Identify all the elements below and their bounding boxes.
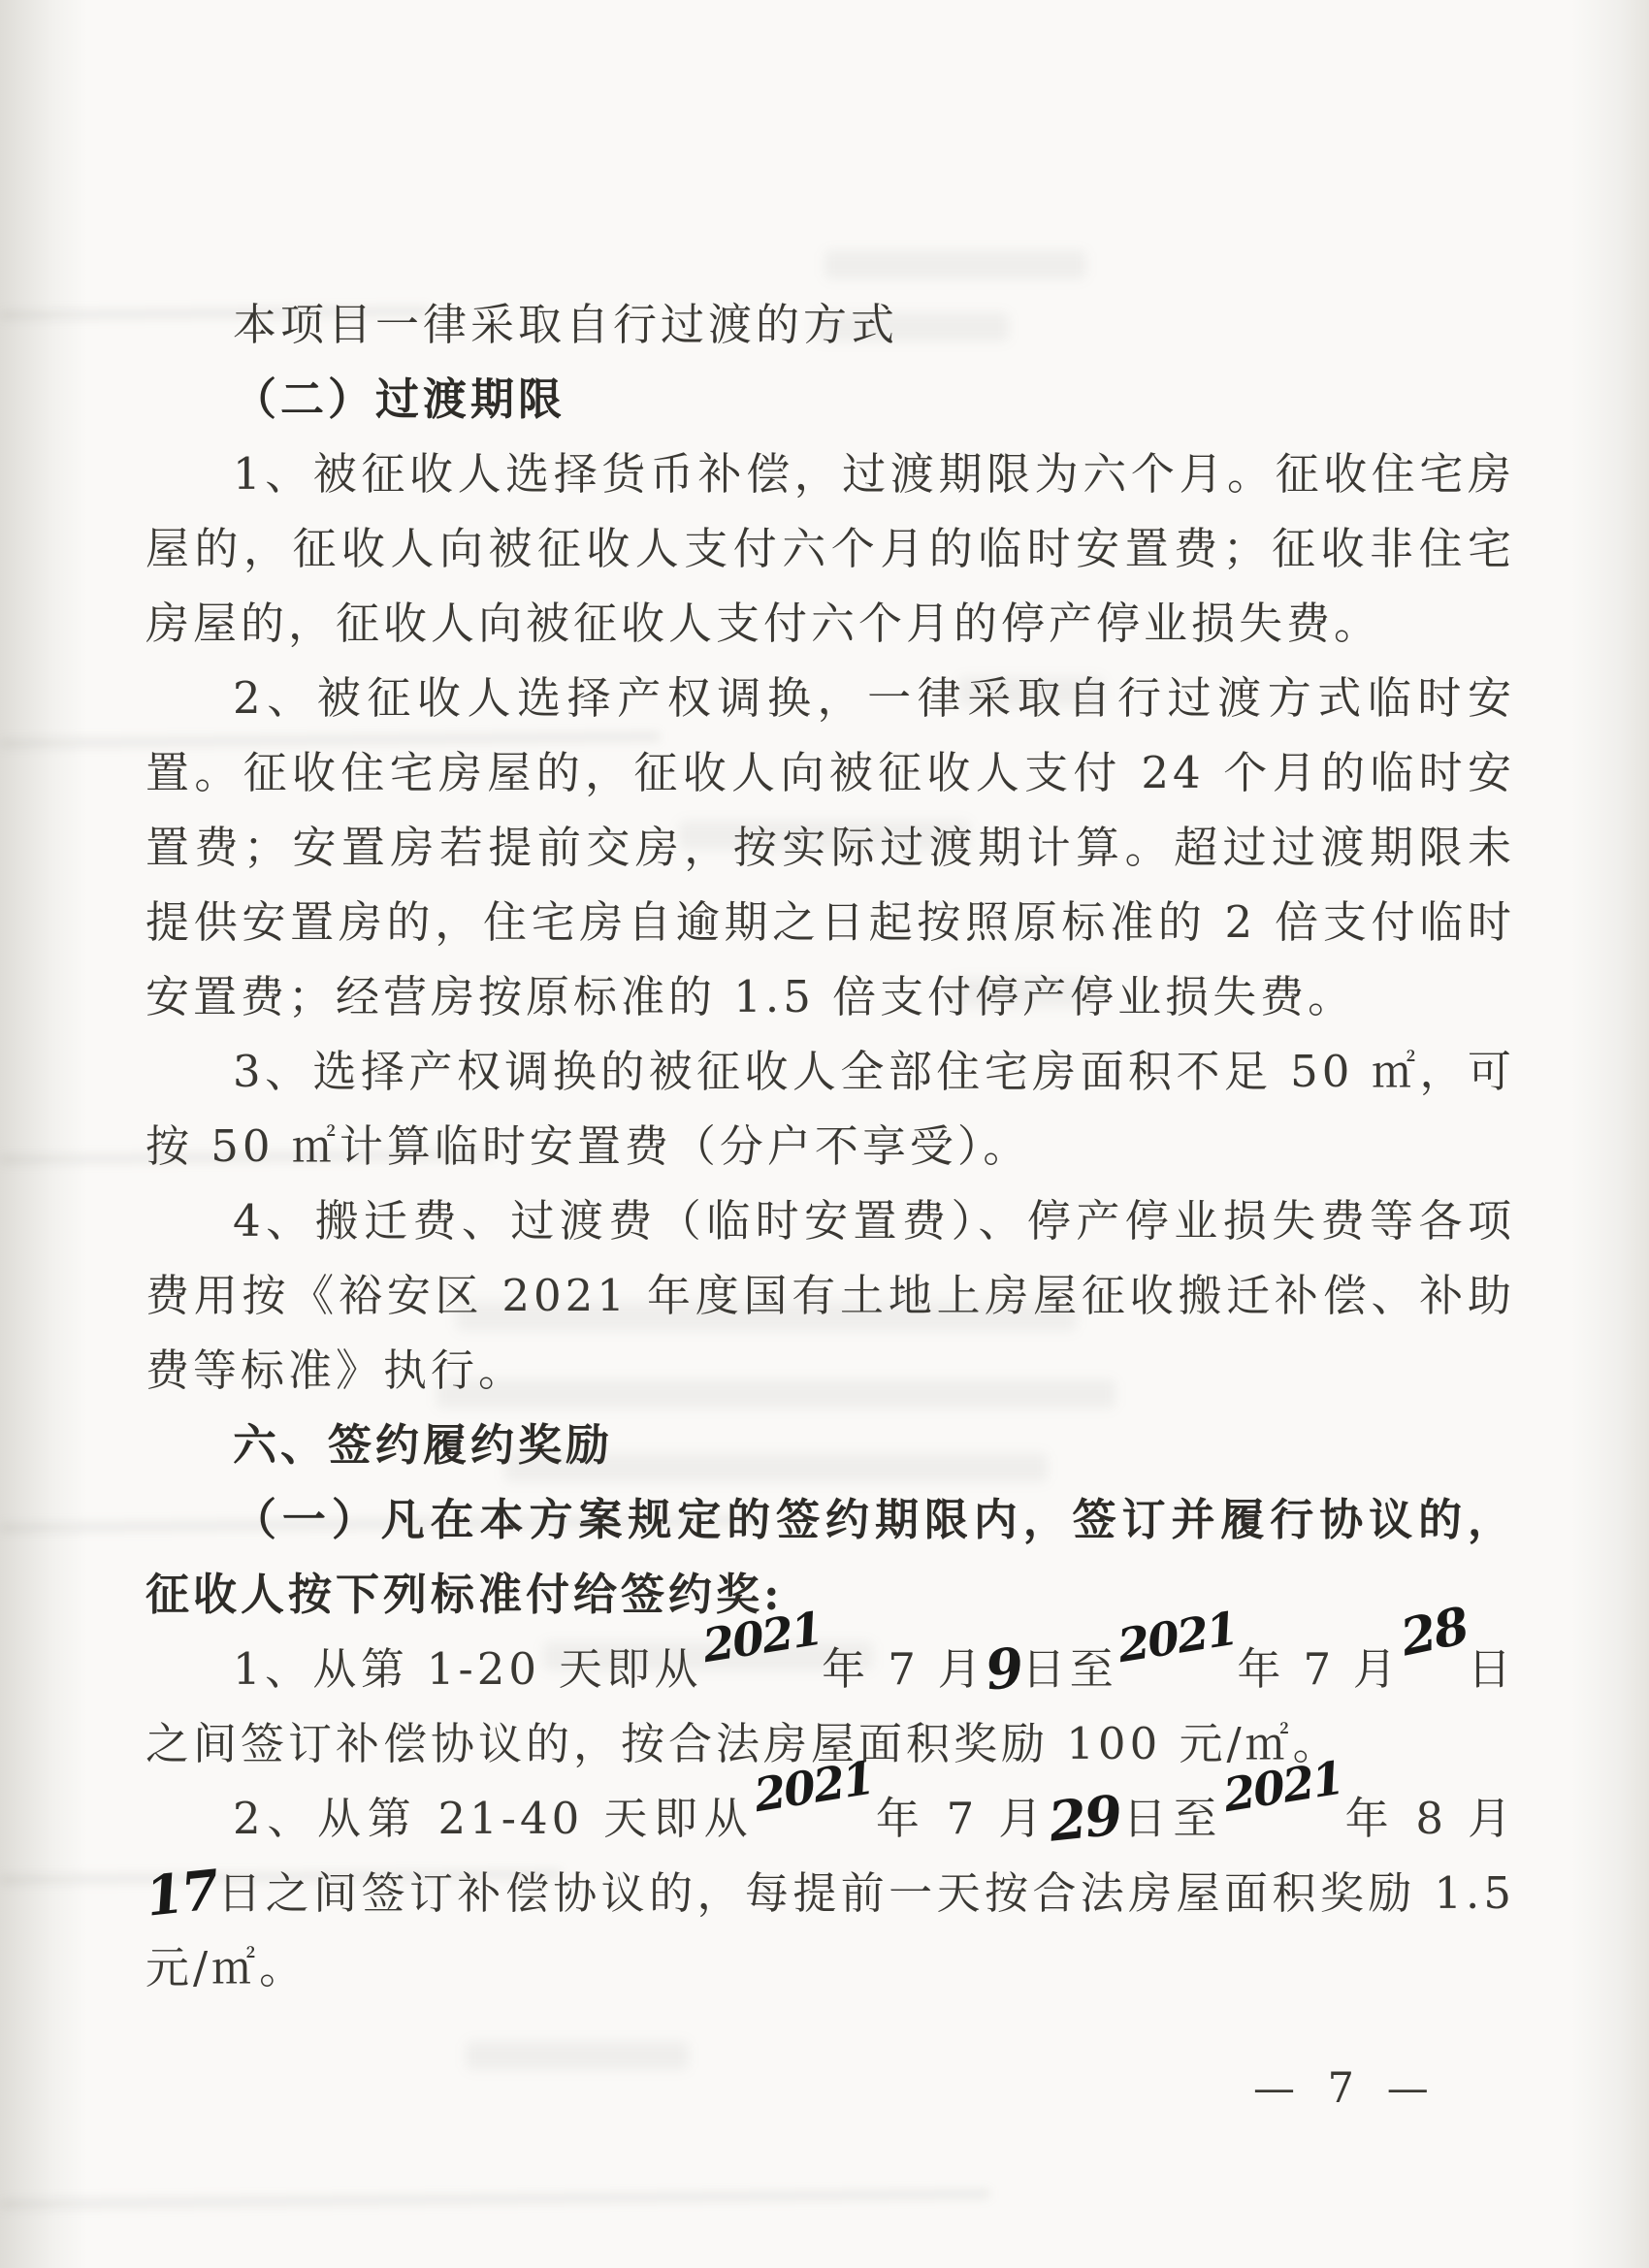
paragraph-award-2: 2、从第 21-40 天即从2021年 7 月29日至2021年 8 月17日之… bbox=[145, 1781, 1515, 2005]
paragraph-2: 2、被征收人选择产权调换，一律采取自行过渡方式临时安置。征收住宅房屋的，征收人向… bbox=[145, 661, 1515, 1034]
paragraph-4: 4、搬迁费、过渡费（临时安置费）、停产停业损失费等各项费用按《裕安区 2021 … bbox=[145, 1183, 1515, 1408]
handwritten-day-annotation: 9 bbox=[984, 1640, 1023, 1700]
print-text: 1、从第 1-20 天即从 bbox=[233, 1643, 702, 1695]
print-text: 日至 bbox=[1021, 1643, 1117, 1695]
bleed-through-artifact bbox=[824, 250, 1086, 279]
print-text: 日至 bbox=[1120, 1793, 1223, 1844]
print-text: 2、从第 21-40 天即从 bbox=[233, 1793, 754, 1844]
print-text: 年 8 月 bbox=[1342, 1793, 1515, 1844]
paragraph-1: 1、被征收人选择货币补偿，过渡期限为六个月。征收住宅房屋的，征收人向被征收人支付… bbox=[145, 437, 1515, 661]
heading-transition-period: （二）过渡期限 bbox=[145, 362, 1515, 437]
handwritten-day-annotation: 29 bbox=[1047, 1788, 1121, 1850]
paragraph-intro: 本项目一律采取自行过渡的方式 bbox=[145, 287, 1515, 362]
heading-signing-award: 六、签约履约奖励 bbox=[145, 1408, 1515, 1482]
paragraph-award-lead: （一）凡在本方案规定的签约期限内，签订并履行协议的，征收人按下列标准付给签约奖: bbox=[145, 1482, 1515, 1632]
paper-crease bbox=[0, 2189, 989, 2210]
print-text: 年 7 月 bbox=[822, 1643, 986, 1695]
print-text: 日之间签订补偿协议的，每提前一天按合法房屋面积奖励 1.5 元/㎡。 bbox=[145, 1867, 1515, 1993]
paragraph-3: 3、选择产权调换的被征收人全部住宅房面积不足 50 ㎡，可按 50 ㎡计算临时安… bbox=[145, 1034, 1515, 1183]
handwritten-day-annotation: 28 bbox=[1402, 1600, 1467, 1665]
document-body: 本项目一律采取自行过渡的方式 （二）过渡期限 1、被征收人选择货币补偿，过渡期限… bbox=[145, 287, 1515, 2005]
handwritten-day-annotation: 17 bbox=[144, 1863, 218, 1925]
bleed-through-artifact bbox=[466, 2041, 689, 2070]
page-number: — 7 — bbox=[1253, 2064, 1439, 2113]
print-text: 年 7 月 bbox=[1237, 1643, 1401, 1695]
print-text: 年 7 月 bbox=[873, 1793, 1049, 1844]
scanned-document-page: 本项目一律采取自行过渡的方式 （二）过渡期限 1、被征收人选择货币补偿，过渡期限… bbox=[0, 0, 1649, 2268]
